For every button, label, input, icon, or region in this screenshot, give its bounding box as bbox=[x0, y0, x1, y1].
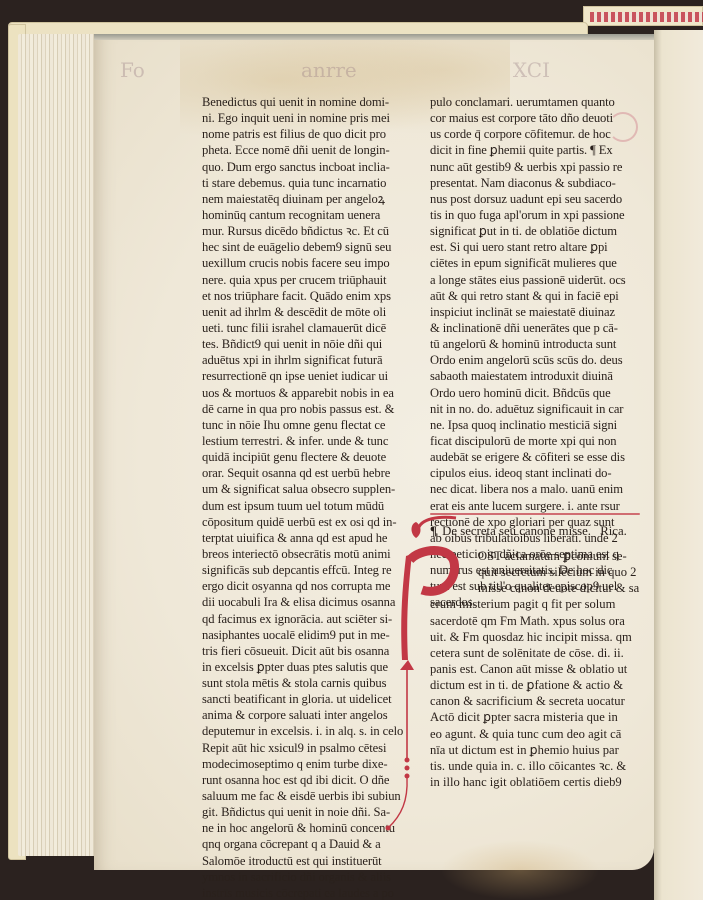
text-line: Ordo uero hominū dicit. Bñdcūs que bbox=[430, 385, 645, 401]
text-line: eo agunt. & quia tunc cum deo agit cā bbox=[430, 726, 645, 742]
text-line: nem maiestatēq diuinam per angeloꝝ bbox=[202, 191, 407, 207]
text-line: pulo conclamari. uerumtamen quanto bbox=[430, 94, 645, 110]
text-line: in illo hanc igit oblatiōem certis dieb9 bbox=[430, 774, 645, 790]
text-line: crum misterium pagit q fit per solum bbox=[430, 596, 645, 612]
text-line: sabaoth maiestatem introduxit diuinā bbox=[430, 368, 645, 384]
text-line: Repit aūt hic xsicul9 in psalmo cētesi bbox=[202, 740, 407, 756]
ghost-header-right: XCI bbox=[513, 58, 550, 82]
text-line: tes. Bñdict9 qui uenit in nōie dñi qui bbox=[202, 336, 407, 352]
text-line: tris fieri cōsueuit. Dicit aūt bis osann… bbox=[202, 643, 407, 659]
text-line: sacerdotē qm Fm Math. xpus solus ora bbox=[430, 613, 645, 629]
text-line: ne in hoc angelorū & hominū concentu bbox=[202, 820, 407, 836]
text-line: misse canon deuote dicitur & sa bbox=[430, 580, 645, 596]
text-line: ergo dicit osyanna qd nos corrupta me bbox=[202, 578, 407, 594]
text-line: ti stare debemus. quia tunc incarnatio bbox=[202, 175, 407, 191]
text-line: uexillum crucis nobis facere seu impo bbox=[202, 255, 407, 271]
text-line: anima & corpore saluati inter angelos bbox=[202, 707, 407, 723]
text-line: nit in no. do. aduētuz significauit in c… bbox=[430, 401, 645, 417]
text-line: uos & mortuos & apparebit nobis in ea bbox=[202, 385, 407, 401]
ghost-header-left: Fo bbox=[120, 58, 145, 82]
text-line: dicit in fine ꝑhemii quite partis. ¶ Ex bbox=[430, 142, 645, 158]
text-line: nunc aūt gestib9 & uerbis xpi passio re bbox=[430, 159, 645, 175]
text-line: canon & sacrificium & secreta uocatur bbox=[430, 693, 645, 709]
page-stack-edges bbox=[18, 34, 98, 856]
text-line: breos interiectō obsecrātis motū animi bbox=[202, 546, 407, 562]
text-line: modecimoseptimo q enim turbe dixe- bbox=[202, 756, 407, 772]
text-line: significās sub depcantis effcū. Integ re bbox=[202, 562, 407, 578]
text-line: et nos triūphare facit. Quādo enim xps bbox=[202, 288, 407, 304]
text-line: um & significat salua obsecro supplen- bbox=[202, 481, 407, 497]
text-line: cor maius est corpore tāto dño deuoti bbox=[430, 110, 645, 126]
text-line: Actō dicit ꝑpter sacra misteria que in bbox=[430, 709, 645, 725]
text-line: OST aclamatum ꝑconium se- bbox=[430, 548, 645, 564]
text-line: a longe stātes eius passionē uiderūt. oc… bbox=[430, 272, 645, 288]
text-line: nus post dorsuz uadunt epi seu sacerdo bbox=[430, 191, 645, 207]
text-line: aūt & qui retro stant & qui in faciē epi bbox=[430, 288, 645, 304]
text-line: tunc in nōie Ihu omne genu flectat ce bbox=[202, 417, 407, 433]
text-line: nasiphantes uocalē elidim9 put in me- bbox=[202, 627, 407, 643]
text-line: aduētus xpi in ihrlm significat futurā bbox=[202, 352, 407, 368]
text-line: ciētes in epum significāt mulieres que bbox=[430, 255, 645, 271]
text-line: uenit ad ihrlm & descēdit de mōte oli bbox=[202, 304, 407, 320]
text-line: ueti. tunc filii israhel clamauerūt dicē bbox=[202, 320, 407, 336]
red-rule-line bbox=[430, 513, 640, 515]
text-line: Benedictus qui uenit in nomine domi- bbox=[202, 94, 407, 110]
text-line: tis. unde quia in. c. illo cōicantes ꝛc.… bbox=[430, 758, 645, 774]
text-line: us corde q̄ corpore cōfitemur. de hoc bbox=[430, 126, 645, 142]
text-line: tū angelorū & hominū introducta sunt bbox=[430, 336, 645, 352]
text-line: ni. Ego inquit ueni in nomine pris mei bbox=[202, 110, 407, 126]
text-line: qd facimus ex ignorācia. aut sciēter si- bbox=[202, 611, 407, 627]
text-line: ficat discipulorū de morte xpi qui non bbox=[430, 433, 645, 449]
left-text-column: Benedictus qui uenit in nomine domi-ni. … bbox=[202, 94, 407, 900]
text-line: hominūq cantum recognitam uenera bbox=[202, 207, 407, 223]
text-line: cipulos eius. ideoq stant inclinati do- bbox=[430, 465, 645, 481]
text-line: lestium terrestri. & infer. unde & tunc bbox=[202, 433, 407, 449]
text-line: panis est. Canon aūt misse & oblatio ut bbox=[430, 661, 645, 677]
text-line: significat ꝑut in ti. de oblatiōe dictum bbox=[430, 223, 645, 239]
text-line: ne. Ipsa quoq inclinatio mesticiā signi bbox=[430, 417, 645, 433]
text-line: dictum est in ti. de ꝑfatione & actio & bbox=[430, 677, 645, 693]
text-line: orar. Sequit osanna qd est uerbū hebre bbox=[202, 465, 407, 481]
text-line: cetera sunt de solēnitate de cōse. di. i… bbox=[430, 645, 645, 661]
text-line: ymnos in sacrificio dñi organis & aliis bbox=[202, 869, 407, 885]
text-line: quidā incipiūt genu flectere & deuote bbox=[202, 449, 407, 465]
text-line: tis in quo fuga apl'orum in xpi passione bbox=[430, 207, 645, 223]
text-line: presentat. Nam diaconus & subdiaco- bbox=[430, 175, 645, 191]
text-line: Salomōe itroductū est qui instituerūt bbox=[202, 853, 407, 869]
text-line: dē carne in qua pro nobis passus est. & bbox=[202, 401, 407, 417]
text-line: mur. Rursus dicēdo bñdictus ꝛc. Et cū bbox=[202, 223, 407, 239]
headband bbox=[590, 12, 703, 22]
text-line: quit secretum silēcium in quo 2 bbox=[430, 564, 645, 580]
text-line: sancti beatificant in gloria. ut uidelic… bbox=[202, 691, 407, 707]
section-heading-text: De secreta seu canone misse. bbox=[442, 524, 591, 538]
text-line: hec sint de euāgelio debem9 signū seu bbox=[202, 239, 407, 255]
text-line: uit. & Fm quosdaz hic incipit missa. qm bbox=[430, 629, 645, 645]
bleed-through-header: Fo anrre XCI bbox=[120, 58, 550, 82]
text-line: qnq organa cōcrepant q a Dauid & a bbox=[202, 836, 407, 852]
text-line: pheta. Ecce nomē dñi uenit de longin- bbox=[202, 142, 407, 158]
text-line: audebāt se erigere & cōfiteri se esse di… bbox=[430, 449, 645, 465]
rubric-label: Rica. bbox=[600, 524, 627, 538]
text-line: inspiciut inclināt se maiestatē diuinaz bbox=[430, 304, 645, 320]
text-line: quo. Dum ergo sanctus incboat inclia- bbox=[202, 159, 407, 175]
text-line: runt osanna hoc est qd ibi dicit. O dñe bbox=[202, 772, 407, 788]
text-line: nec dicat. libera nos a malo. uanū enim bbox=[430, 481, 645, 497]
text-line: nere. quia xpus per crucem triūphauit bbox=[202, 272, 407, 288]
text-line: & inclinationē dñi uenerātes que p cā- bbox=[430, 320, 645, 336]
text-line: resurrectionē qn ipse ueniet iudicar ui bbox=[202, 368, 407, 384]
text-line: dii uocabuli Ira & elisa dicimus osanna bbox=[202, 594, 407, 610]
section-heading: ¶ De secreta seu canone misse. Rica. bbox=[430, 524, 645, 539]
text-line: erat eis ante lucem surgere. i. ante rsu… bbox=[430, 498, 645, 514]
text-line: Ordo enim angelorū scūs scūs do. deus bbox=[430, 352, 645, 368]
water-stain-bottom bbox=[440, 840, 600, 900]
facing-page-edge bbox=[654, 30, 703, 900]
canon-text-block: OST aclamatum ꝑconium se-quit secretum s… bbox=[430, 548, 645, 790]
text-line: est. Si qui uero stant retro altare ꝑpi bbox=[430, 239, 645, 255]
text-line: git. Bñdictus qui uenit in noie dñi. Sa- bbox=[202, 804, 407, 820]
text-line: deputemur in excelsis. i. in alq. s. in … bbox=[202, 723, 407, 739]
text-line: nome patris est filius de quo dicit pro bbox=[202, 126, 407, 142]
text-line: instrīs musicis cōcrepati ea laudes a po bbox=[202, 885, 407, 900]
text-line: cōpositum quidē uerbū est ex osi qd in- bbox=[202, 514, 407, 530]
text-line: nīa ut dictum est in ꝑhemio huius par bbox=[430, 742, 645, 758]
ghost-header-center: anrre bbox=[301, 58, 357, 82]
text-line: sunt stola mētis & stola carnis quibus bbox=[202, 675, 407, 691]
text-line: dum est ipsum tuum uel totum mūdū bbox=[202, 498, 407, 514]
text-line: terptat uiuifica & anna qd est apud he bbox=[202, 530, 407, 546]
text-line: saluum me fac & eisdē uerbis ibi subiun bbox=[202, 788, 407, 804]
text-line: in excelsis ꝑpter duas ptes salutis que bbox=[202, 659, 407, 675]
